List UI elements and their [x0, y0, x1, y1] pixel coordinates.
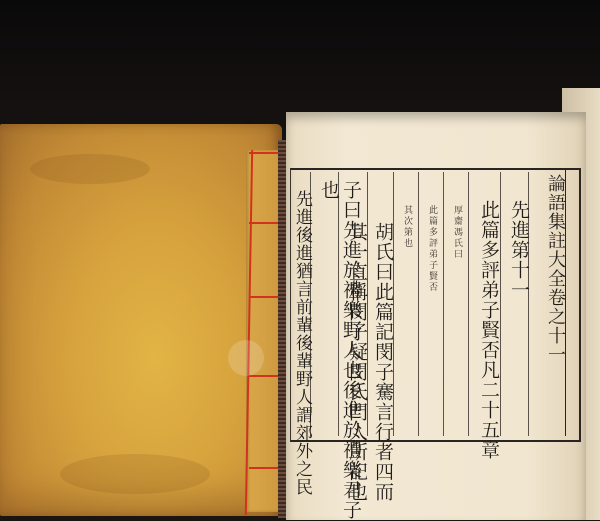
binding-stitch [249, 222, 279, 224]
binding-stitch [249, 375, 279, 377]
binding-stitch [249, 152, 279, 154]
binding-stitch [249, 467, 279, 469]
column-rule [418, 172, 419, 436]
volume-title: 論語集註大全卷之十一 [544, 174, 566, 364]
text-column: 此篇多評弟子賢否凡二十五章 [478, 200, 500, 460]
binding-stitch [249, 296, 279, 298]
annotation-column: 此篇多評弟子賢否 [427, 205, 437, 293]
cover-stain [60, 454, 210, 494]
annotation-column: 厚齋馮氏曰 [452, 205, 462, 260]
text-column: 子曰先進於禮樂野人也後進於禮樂君子也 [318, 180, 362, 521]
closed-book-cover [0, 124, 282, 516]
cover-stain [30, 154, 150, 184]
annotation-column: 其次第也 [402, 205, 412, 249]
column-rule [500, 172, 501, 436]
chapter-heading: 先進第十一 [508, 200, 530, 300]
column-rule [468, 172, 469, 436]
column-rule [443, 172, 444, 436]
text-column: 胡氏曰此篇記閔子騫言行者四而 [372, 222, 394, 502]
text-column: 先進後進猶言前輩後輩野人謂郊外之民 [292, 190, 312, 496]
watermark-logo [228, 340, 264, 376]
